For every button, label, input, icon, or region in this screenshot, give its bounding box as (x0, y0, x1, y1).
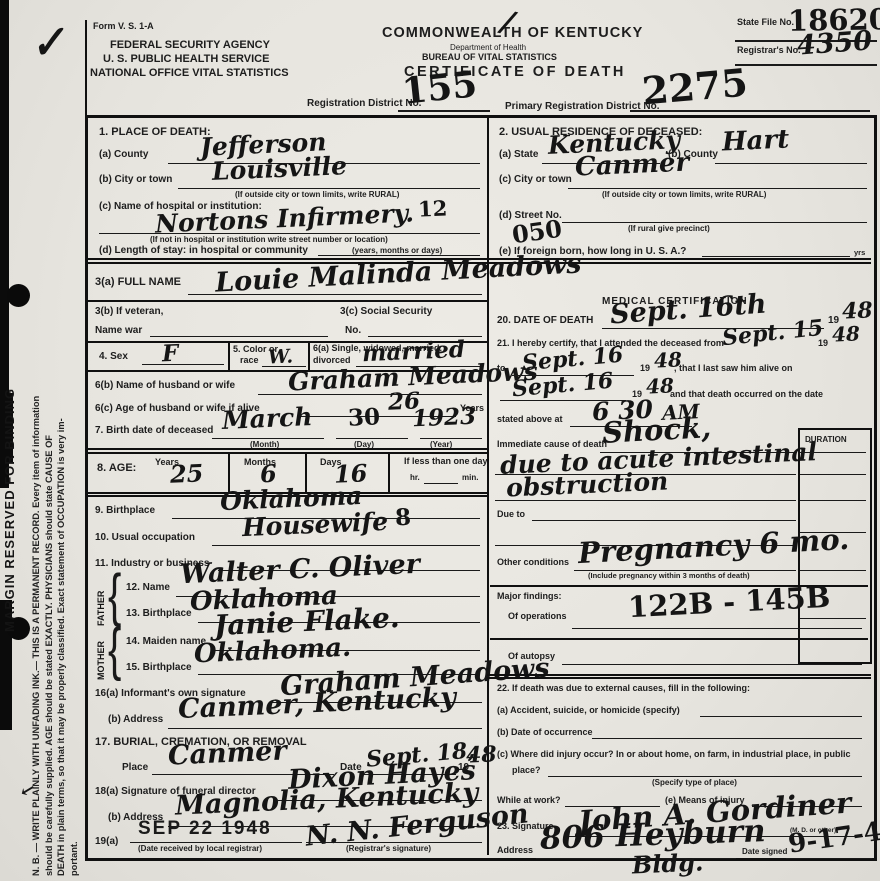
occupation-label: 10. Usual occupation (95, 532, 195, 543)
ssn-label: 3(c) Social Security (340, 306, 432, 317)
agency-line-1: FEDERAL SECURITY AGENCY (110, 39, 270, 51)
duration-rule-2 (800, 474, 866, 475)
race-value: W. (268, 347, 294, 367)
age-label: 8. AGE: (97, 462, 136, 474)
margin-note-line2: should be carefully supplied. AGE should… (43, 20, 56, 876)
hospital-note: (If not in hospital or institution write… (150, 236, 388, 245)
burial-place-value: Canmer (167, 737, 287, 769)
agency-line-2: U. S. PUBLIC HEALTH SERVICE (103, 53, 269, 65)
birth-day-line (336, 438, 408, 439)
city-note: (If outside city or town limits, write R… (235, 191, 399, 200)
bureau-line: BUREAU OF VITAL STATISTICS (422, 53, 557, 63)
registrar-no-value: 4350 (796, 27, 873, 59)
registrar-sig-note: (Registrar's signature) (346, 845, 431, 854)
registrar-no-label: Registrar's No. (737, 46, 801, 56)
duration-rule-3 (800, 500, 866, 501)
sex-label: 4. Sex (99, 351, 128, 362)
registration-district-value: 155 (400, 66, 479, 110)
injury-where-label-2: place? (512, 766, 541, 776)
registration-district-line (398, 110, 490, 112)
res-county-line (715, 163, 867, 164)
external-causes-title: 22. If death was due to external causes,… (497, 684, 750, 694)
received-date-line (130, 842, 302, 843)
race-label: race (240, 356, 259, 366)
occupation-extra: 8 (395, 506, 412, 530)
other-conditions-label: Other conditions (497, 558, 569, 568)
certify-19b: 19 (640, 364, 650, 374)
occupation-value: Housewife (242, 509, 389, 540)
veteran-war-line (150, 336, 328, 337)
full-name-label: 3(a) FULL NAME (95, 276, 181, 288)
age-less-label: If less than one day (404, 457, 488, 467)
age-years-value: 25 (169, 461, 203, 486)
death-certificate-scan: ✓ ↙ MARGIN RESERVED FOR BINDING N. B. — … (0, 0, 880, 881)
injury-where-note: (Specify type of place) (652, 779, 737, 788)
spouse-name-label: 6(b) Name of husband or wife (95, 380, 235, 391)
mother-side-label: MOTHER (96, 628, 106, 680)
stay-label: (d) Length of stay: in hospital or commu… (99, 245, 308, 256)
form-number: Form V. S. 1-A (93, 22, 154, 32)
duration-rule-5 (800, 570, 866, 571)
birthplace-label: 9. Birthplace (95, 505, 155, 516)
margin-binding-label: MARGIN RESERVED FOR BINDING (2, 287, 17, 632)
age-hr-label: hr. (410, 474, 420, 483)
occurrence-label: (b) Date of occurrence (497, 728, 593, 738)
city-line (178, 188, 480, 189)
physician-addr-extra: Bldg. (632, 850, 704, 877)
received-date-stamp: SEP 22 1948 (138, 818, 272, 840)
occupation-line (212, 545, 480, 546)
res-city-note: (If outside city or town limits, write R… (602, 191, 766, 200)
date-of-death-yr: 48 (842, 299, 874, 322)
margin-note-line4: portant. (68, 20, 81, 876)
foreign-born-line (702, 256, 850, 257)
autopsy-label: Of autopsy (508, 652, 555, 662)
mother-birthplace-label: 15. Birthplace (126, 662, 192, 673)
birth-month-value: March (221, 404, 312, 433)
autopsy-line (562, 664, 862, 665)
rule-above-8a (85, 448, 487, 450)
age-min-label: min. (462, 474, 478, 483)
operations-line (572, 628, 862, 629)
veteran-label: 3(b) If veteran, (95, 306, 163, 317)
accident-line (700, 716, 862, 717)
res-city-value: Canmer (574, 150, 689, 181)
cause-line3-value: obstruction (506, 468, 669, 500)
father-birthplace-label: 13. Birthplace (126, 608, 192, 619)
injury-where-label-1: (c) Where did injury occur? In or about … (497, 750, 851, 760)
registrar-no-line (735, 64, 877, 66)
res-city-line (568, 188, 867, 189)
other-conditions-note: (Include pregnancy within 3 months of de… (588, 572, 750, 580)
margin-instructions: N. B. — WRITE PLAINLY WITH UNFADING INK.… (30, 20, 80, 876)
state-file-label: State File No. (737, 18, 794, 28)
primary-district-value: 2275 (641, 63, 750, 110)
commonwealth-title: COMMONWEALTH OF KENTUCKY (382, 26, 643, 42)
informant-addr-line (168, 728, 482, 729)
duration-rule-1 (800, 452, 866, 453)
operations-label: Of operations (508, 612, 567, 622)
certify-yra: 48 (832, 323, 861, 344)
certify-line2-end: , that I last saw him alive on (674, 364, 793, 374)
rule-under-autopsy-a (487, 674, 871, 676)
major-findings-label: Major findings: (497, 592, 562, 602)
age-hr-line (424, 483, 458, 484)
birth-day-value: 30 (348, 405, 381, 429)
duration-rule-6 (800, 618, 866, 619)
ssn-no-label: No. (345, 325, 361, 336)
rule-under-3a (85, 300, 487, 302)
mother-brace: { (108, 621, 121, 679)
father-name-label: 12. Name (126, 582, 170, 593)
rule-above-8b (85, 452, 487, 454)
duration-label: DURATION (805, 436, 847, 445)
due-to-line1 (532, 520, 796, 521)
res-city-label: (c) City or town (499, 174, 572, 185)
veteran-war-label: Name war (95, 325, 142, 336)
agency-line-3: NATIONAL OFFICE VITAL STATISTICS (90, 67, 289, 79)
city-value: Louisville (212, 153, 348, 184)
date-of-death-label: 20. DATE OF DEATH (497, 315, 593, 326)
cell-divider-1 (228, 341, 230, 370)
margin-note-line1: N. B. — WRITE PLAINLY WITH UNFADING INK.… (30, 20, 43, 876)
margin-note-line3: DEATH in plain terms, so that it may be … (55, 20, 68, 876)
city-label: (b) City or town (99, 174, 172, 185)
county-label: (a) County (99, 149, 148, 160)
street-extra: 050 (511, 217, 564, 248)
place-of-death-title: 1. PLACE OF DEATH: (99, 126, 211, 138)
street-line (562, 222, 867, 223)
certify-19a: 19 (818, 339, 828, 349)
sex-value: F (162, 342, 179, 366)
header-left-rule (85, 20, 87, 115)
primary-district-line (630, 110, 870, 112)
birthdate-label: 7. Birth date of deceased (95, 425, 213, 436)
certify-to-label: to (497, 364, 506, 374)
father-brace: { (108, 567, 121, 625)
foreign-born-suffix: yrs (854, 249, 865, 257)
hospital-line (99, 233, 480, 234)
received-date-note: (Date received by local registrar) (138, 845, 262, 854)
mother-birthplace-value: Oklahoma. (194, 635, 352, 668)
date-signed-label: Date signed (742, 848, 787, 857)
age-divider-3 (388, 452, 390, 492)
due-to-label: Due to (497, 510, 525, 520)
registrar-row-label: 19(a) (95, 836, 118, 847)
burial-place-label: Place (122, 762, 148, 773)
rule-under-operations (490, 638, 868, 640)
at-work-label: While at work? (497, 796, 561, 806)
stay-note: (years, months or days) (352, 247, 442, 256)
birth-month-line (212, 438, 324, 439)
age-months-value: 6 (259, 462, 277, 487)
cause-line3-rule (495, 500, 796, 501)
street-note: (If rural give precinct) (628, 225, 710, 234)
father-side-label: FATHER (96, 574, 106, 626)
birth-year-line (420, 438, 482, 439)
registrar-sig-line (306, 842, 482, 843)
res-county-value: Hart (721, 127, 789, 156)
hospital-extra: 12 (418, 197, 448, 219)
occurrence-line (592, 738, 862, 739)
certify-line4: stated above at (497, 415, 563, 425)
sex-line (142, 364, 224, 365)
birth-year-value: 1923 (412, 405, 477, 431)
accident-label: (a) Accident, suicide, or homicide (spec… (497, 706, 680, 716)
informant-addr-label: (b) Address (108, 714, 163, 725)
injury-where-line (548, 776, 862, 777)
state-label: (a) State (499, 149, 538, 160)
rule-under-autopsy-b (487, 677, 871, 679)
certify-line3-end: and that death occurred on the date (670, 390, 823, 400)
physician-addr-label: Address (497, 846, 533, 856)
